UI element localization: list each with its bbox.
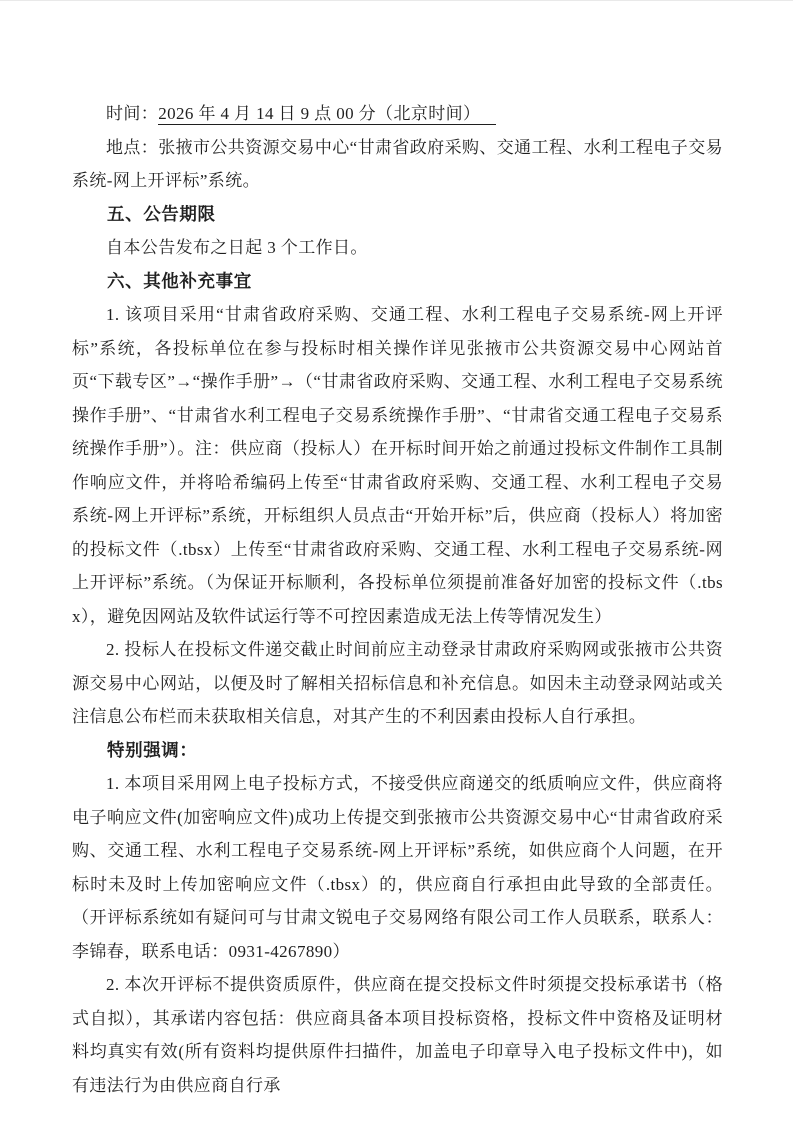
paragraph-emphasis-item-1: 1. 本项目采用网上电子投标方式，不接受供应商递交的纸质响应文件，供应商将电子响… — [72, 767, 723, 968]
time-value-underlined: 2026 年 4 月 14 日 9 点 00 分（北京时间） — [158, 104, 496, 125]
document-content: 时间：2026 年 4 月 14 日 9 点 00 分（北京时间） 地点：张掖市… — [72, 97, 723, 1102]
paragraph-supplementary-item-1: 1. 该项目采用“甘肃省政府采购、交通工程、水利工程电子交易系统-网上开评标”系… — [72, 298, 723, 633]
document-page: 时间：2026 年 4 月 14 日 9 点 00 分（北京时间） 地点：张掖市… — [0, 0, 793, 1122]
paragraph-emphasis-item-2: 2. 本次开评标不提供资质原件，供应商在提交投标文件时须提交投标承诺书（格式自拟… — [72, 968, 723, 1102]
heading-announcement-period: 五、公告期限 — [72, 198, 723, 232]
time-label: 时间： — [106, 104, 158, 123]
paragraph-announcement-period: 自本公告发布之日起 3 个工作日。 — [72, 231, 723, 265]
paragraph-time: 时间：2026 年 4 月 14 日 9 点 00 分（北京时间） — [72, 97, 723, 131]
paragraph-supplementary-item-2: 2. 投标人在投标文件递交截止时间前应主动登录甘肃政府采购网或张掖市公共资源交易… — [72, 633, 723, 734]
paragraph-location: 地点：张掖市公共资源交易中心“甘肃省政府采购、交通工程、水利工程电子交易系统-网… — [72, 131, 723, 198]
heading-other-supplementary-matters: 六、其他补充事宜 — [72, 265, 723, 299]
heading-special-emphasis: 特别强调： — [72, 734, 723, 768]
